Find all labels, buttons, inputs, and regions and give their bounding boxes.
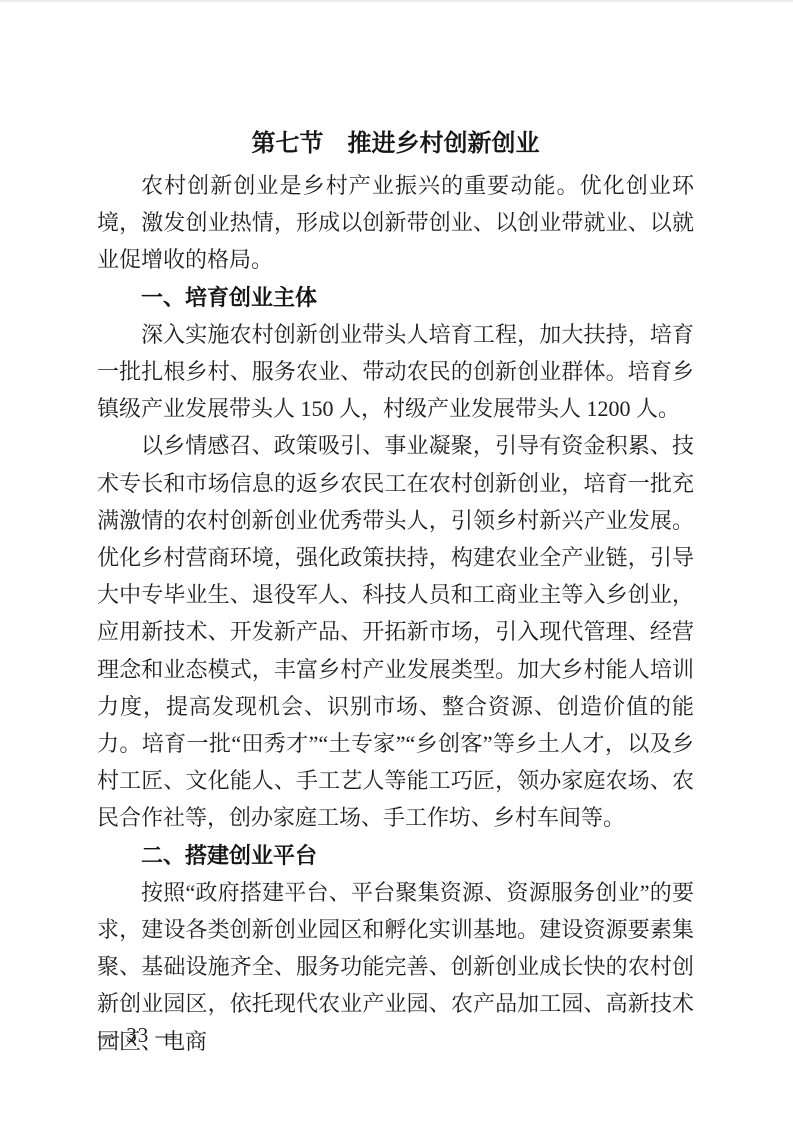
- page-number: — 33 —: [98, 1022, 178, 1048]
- scan-edge: [0, 0, 793, 2]
- paragraph-cultivate-leaders: 深入实施农村创新创业带头人培育工程，加大扶持，培育一批扎根乡村、服务农业、带动农…: [97, 316, 694, 428]
- subsection-heading-1: 一、培育创业主体: [97, 279, 694, 316]
- document-body: 第七节 推进乡村创新创业 农村创新创业是乡村产业振兴的重要动能。优化创业环境，激…: [97, 125, 694, 1060]
- paragraph-attract-talent: 以乡情感召、政策吸引、事业凝聚，引导有资金积累、技术专长和市场信息的返乡农民工在…: [97, 427, 694, 836]
- document-page: 第七节 推进乡村创新创业 农村创新创业是乡村产业振兴的重要动能。优化创业环境，激…: [0, 0, 793, 1122]
- subsection-heading-2: 二、搭建创业平台: [97, 837, 694, 874]
- section-title: 第七节 推进乡村创新创业: [97, 125, 694, 163]
- paragraph-platform: 按照“政府搭建平台、平台聚集资源、资源服务创业”的要求，建设各类创新创业园区和孵…: [97, 874, 694, 1060]
- paragraph-intro: 农村创新创业是乡村产业振兴的重要动能。优化创业环境，激发创业热情，形成以创新带创…: [97, 167, 694, 279]
